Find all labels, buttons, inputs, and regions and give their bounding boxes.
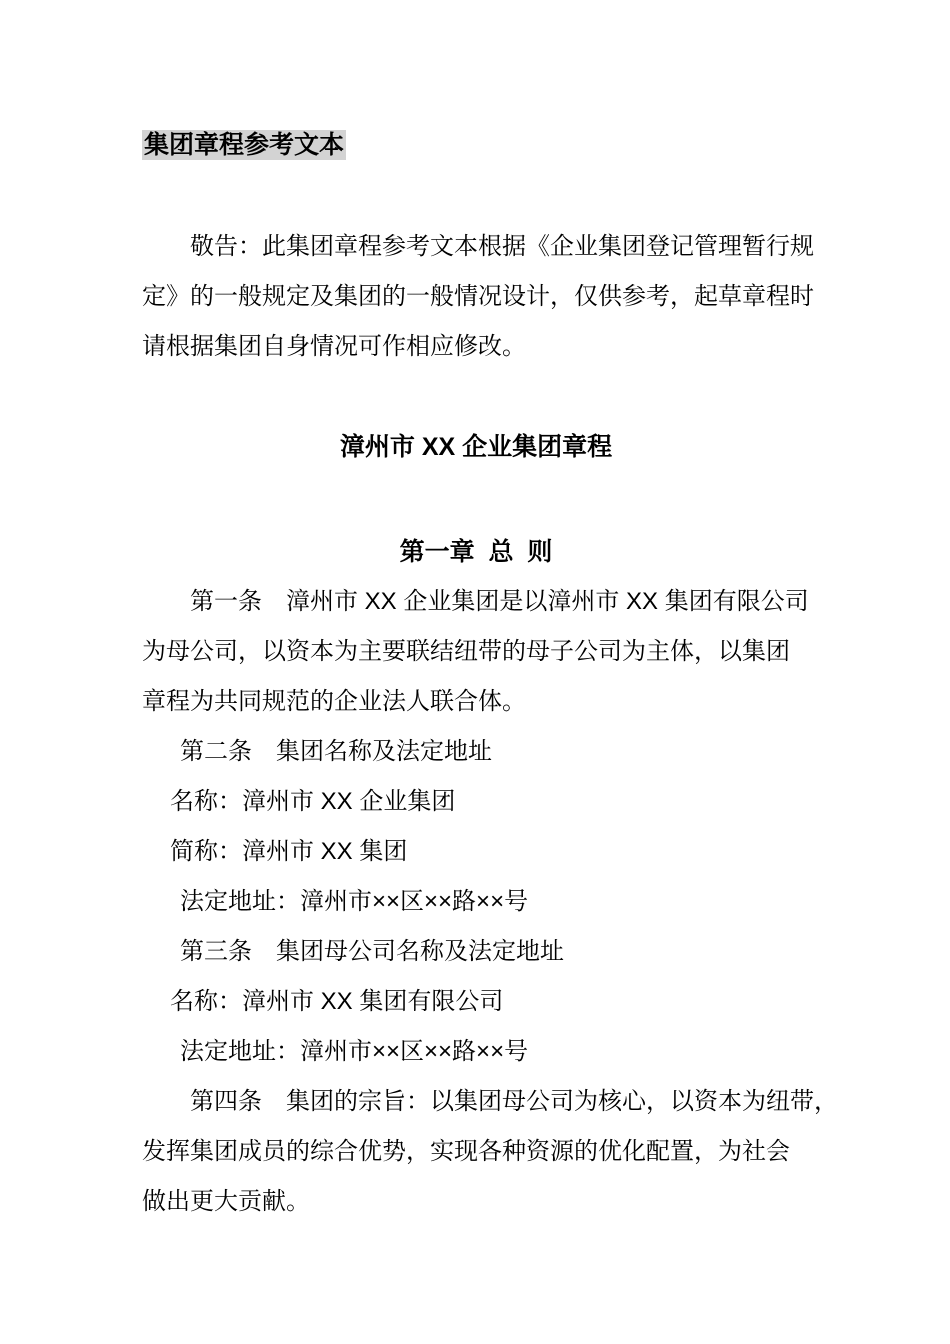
notice-line: 定》的一般规定及集团的一般情况设计，仅供参考，起草章程时 bbox=[142, 272, 810, 322]
body-line: 法定地址：漳州市××区××路××号 bbox=[142, 877, 810, 927]
chapter-heading: 第一章 总 则 bbox=[142, 527, 810, 577]
body-line: 名称：漳州市 XX 集团有限公司 bbox=[142, 977, 810, 1027]
body-line: 第四条 集团的宗旨：以集团母公司为核心，以资本为纽带， bbox=[142, 1077, 810, 1127]
body-line: 第三条 集团母公司名称及法定地址 bbox=[142, 927, 810, 977]
body-line: 章程为共同规范的企业法人联合体。 bbox=[142, 677, 810, 727]
document-heading: 集团章程参考文本 bbox=[142, 120, 810, 170]
body-line: 法定地址：漳州市××区××路××号 bbox=[142, 1027, 810, 1077]
body-line: 发挥集团成员的综合优势，实现各种资源的优化配置，为社会 bbox=[142, 1127, 810, 1177]
body-line: 做出更大贡献。 bbox=[142, 1177, 810, 1227]
body-line: 名称：漳州市 XX 企业集团 bbox=[142, 777, 810, 827]
body-line: 第一条 漳州市 XX 企业集团是以漳州市 XX 集团有限公司 bbox=[142, 577, 810, 627]
notice-line: 敬告：此集团章程参考文本根据《企业集团登记管理暂行规 bbox=[142, 222, 810, 272]
document-page: 集团章程参考文本 敬告：此集团章程参考文本根据《企业集团登记管理暂行规 定》的一… bbox=[0, 0, 950, 1344]
notice-line: 请根据集团自身情况可作相应修改。 bbox=[142, 322, 810, 372]
charter-main-title: 漳州市 XX 企业集团章程 bbox=[142, 422, 810, 472]
body-line: 第二条 集团名称及法定地址 bbox=[142, 727, 810, 777]
notice-paragraph: 敬告：此集团章程参考文本根据《企业集团登记管理暂行规 定》的一般规定及集团的一般… bbox=[142, 222, 810, 372]
body-line: 简称：漳州市 XX 集团 bbox=[142, 827, 810, 877]
body-line: 为母公司，以资本为主要联结纽带的母子公司为主体，以集团 bbox=[142, 627, 810, 677]
charter-body: 第一条 漳州市 XX 企业集团是以漳州市 XX 集团有限公司 为母公司，以资本为… bbox=[142, 577, 810, 1227]
highlighted-title: 集团章程参考文本 bbox=[142, 130, 346, 160]
